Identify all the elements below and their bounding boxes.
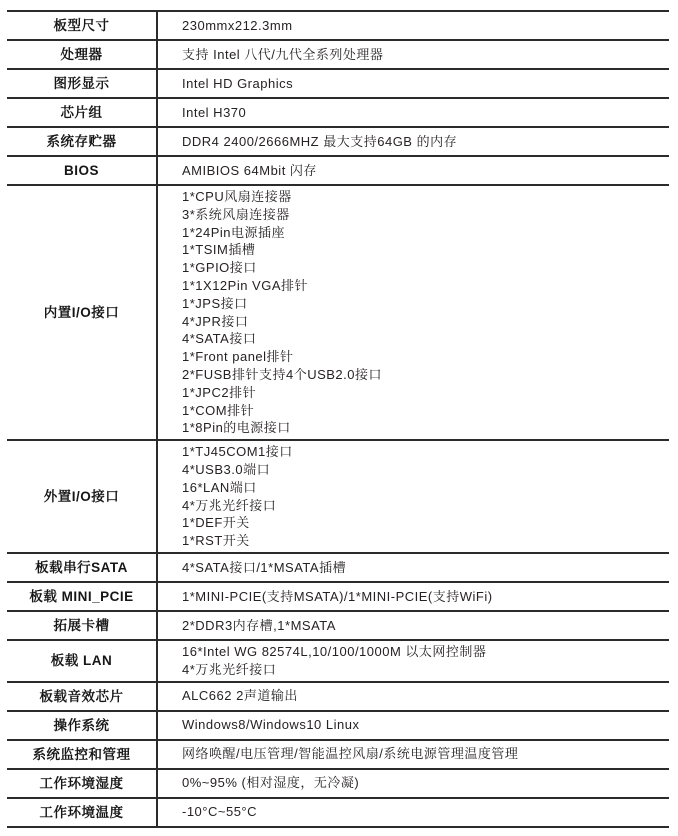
spec-label: 内置I/O接口 (7, 186, 158, 439)
spec-label: 处理器 (7, 41, 158, 68)
row-audio-chip: 板载音效芯片 ALC662 2声道输出 (7, 681, 669, 710)
spec-value: 16*Intel WG 82574L,10/100/1000M 以太网控制器 4… (158, 641, 669, 681)
spec-value: 1*CPU风扇连接器 3*系统风扇连接器 1*24Pin电源插座 1*TSIM插… (158, 186, 669, 439)
row-internal-io: 内置I/O接口 1*CPU风扇连接器 3*系统风扇连接器 1*24Pin电源插座… (7, 184, 669, 439)
row-onboard-sata: 板载串行SATA 4*SATA接口/1*MSATA插槽 (7, 552, 669, 581)
spec-label: 板载串行SATA (7, 554, 158, 581)
row-graphics: 图形显示 Intel HD Graphics (7, 68, 669, 97)
row-operating-temperature: 工作环境温度 -10°C~55°C (7, 797, 669, 826)
spec-value: 网络唤醒/电压管理/智能温控风扇/系统电源管理温度管理 (158, 741, 669, 768)
row-board-size: 板型尺寸 230mmx212.3mm (7, 10, 669, 39)
spec-label: 操作系统 (7, 712, 158, 739)
row-processor: 处理器 支持 Intel 八代/九代全系列处理器 (7, 39, 669, 68)
spec-value: 230mmx212.3mm (158, 12, 669, 39)
spec-value: 支持 Intel 八代/九代全系列处理器 (158, 41, 669, 68)
row-expansion-slots: 拓展卡槽 2*DDR3内存槽,1*MSATA (7, 610, 669, 639)
spec-label: 工作环境湿度 (7, 770, 158, 797)
spec-label: BIOS (7, 157, 158, 184)
spec-label: 板载 LAN (7, 641, 158, 681)
spec-label: 板型尺寸 (7, 12, 158, 39)
spec-label: 系统存贮器 (7, 128, 158, 155)
spec-label: 芯片组 (7, 99, 158, 126)
spec-value: 0%~95% (相对湿度，无冷凝) (158, 770, 669, 797)
spec-value: 2*DDR3内存槽,1*MSATA (158, 612, 669, 639)
row-bios: BIOS AMIBIOS 64Mbit 闪存 (7, 155, 669, 184)
spec-value: 4*SATA接口/1*MSATA插槽 (158, 554, 669, 581)
spec-value: Intel HD Graphics (158, 70, 669, 97)
spec-label: 板载 MINI_PCIE (7, 583, 158, 610)
spec-value: ALC662 2声道输出 (158, 683, 669, 710)
spec-label: 板载音效芯片 (7, 683, 158, 710)
spec-table: 板型尺寸 230mmx212.3mm 处理器 支持 Intel 八代/九代全系列… (7, 10, 669, 828)
spec-value: 1*TJ45COM1接口 4*USB3.0端口 16*LAN端口 4*万兆光纤接… (158, 441, 669, 552)
spec-label: 图形显示 (7, 70, 158, 97)
row-operating-system: 操作系统 Windows8/Windows10 Linux (7, 710, 669, 739)
row-chipset: 芯片组 Intel H370 (7, 97, 669, 126)
row-system-memory: 系统存贮器 DDR4 2400/2666MHZ 最大支持64GB 的内存 (7, 126, 669, 155)
spec-value: AMIBIOS 64Mbit 闪存 (158, 157, 669, 184)
spec-value: 1*MINI-PCIE(支持MSATA)/1*MINI-PCIE(支持WiFi) (158, 583, 669, 610)
row-onboard-lan: 板载 LAN 16*Intel WG 82574L,10/100/1000M 以… (7, 639, 669, 681)
spec-value: DDR4 2400/2666MHZ 最大支持64GB 的内存 (158, 128, 669, 155)
row-system-monitoring: 系统监控和管理 网络唤醒/电压管理/智能温控风扇/系统电源管理温度管理 (7, 739, 669, 768)
spec-value: Windows8/Windows10 Linux (158, 712, 669, 739)
row-mini-pcie: 板载 MINI_PCIE 1*MINI-PCIE(支持MSATA)/1*MINI… (7, 581, 669, 610)
spec-label: 拓展卡槽 (7, 612, 158, 639)
row-operating-humidity: 工作环境湿度 0%~95% (相对湿度，无冷凝) (7, 768, 669, 797)
spec-value: Intel H370 (158, 99, 669, 126)
spec-value: -10°C~55°C (158, 799, 669, 826)
row-external-io: 外置I/O接口 1*TJ45COM1接口 4*USB3.0端口 16*LAN端口… (7, 439, 669, 552)
spec-label: 系统监控和管理 (7, 741, 158, 768)
spec-label: 工作环境温度 (7, 799, 158, 826)
spec-label: 外置I/O接口 (7, 441, 158, 552)
